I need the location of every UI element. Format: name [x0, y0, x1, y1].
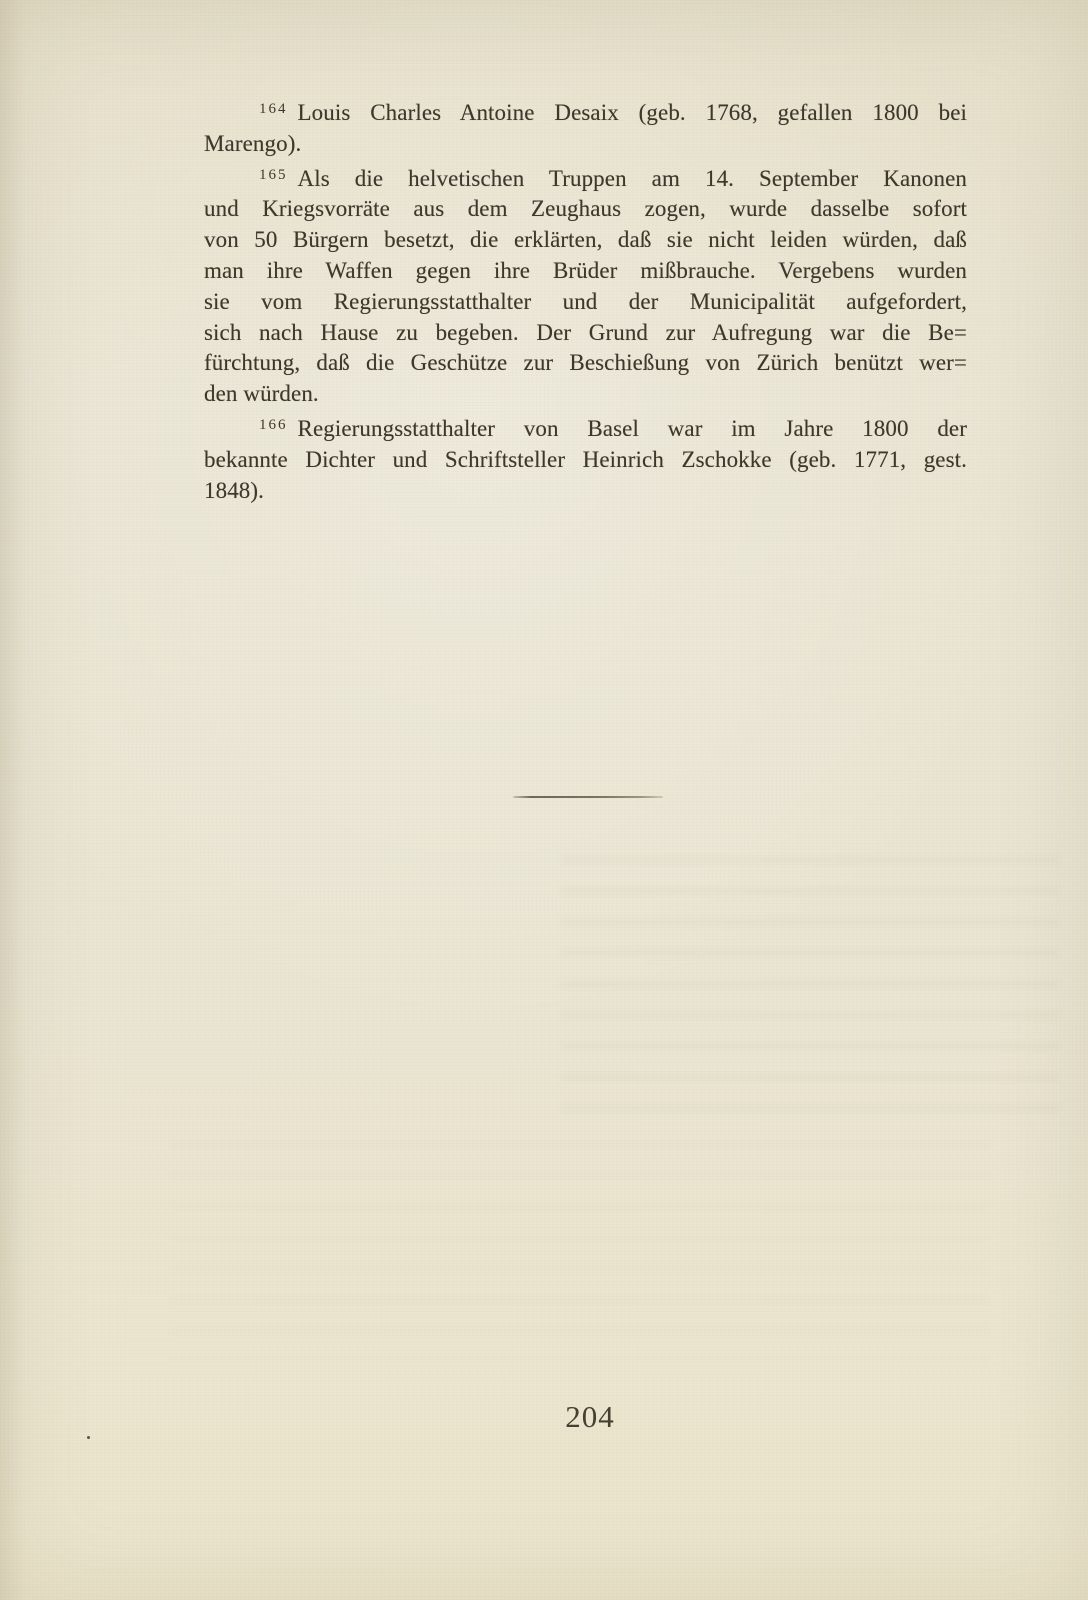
text-line: 164Louis Charles Antoine Desaix (geb. 17… — [204, 94, 967, 129]
footnote-marker: 166 — [259, 417, 288, 433]
footnote-165: 165Als die helvetischen Truppen am 14. S… — [204, 160, 967, 410]
text-line-content: Louis Charles Antoine Desaix (geb. 1768,… — [298, 100, 968, 125]
text-line-content: Regierungsstatthalter von Basel war im J… — [298, 416, 968, 441]
text-line: Marengo). — [204, 129, 967, 160]
section-divider-rule — [513, 796, 663, 798]
text-line: fürchtung, daß die Geschütze zur Beschie… — [204, 348, 967, 379]
text-line: von 50 Bürgern besetzt, die erklärten, d… — [204, 225, 967, 256]
text-line: bekannte Dichter und Schriftsteller Hein… — [204, 445, 967, 476]
footnote-marker: 164 — [259, 101, 288, 117]
footnotes-block: 164Louis Charles Antoine Desaix (geb. 17… — [204, 94, 967, 506]
text-line-content: Als die helvetischen Truppen am 14. Sept… — [298, 166, 968, 191]
text-line: 1848). — [204, 476, 967, 507]
text-line: sich nach Hause zu begeben. Der Grund zu… — [204, 318, 967, 349]
text-line: 165Als die helvetischen Truppen am 14. S… — [204, 160, 967, 195]
text-line: und Kriegsvorräte aus dem Zeughaus zogen… — [204, 194, 967, 225]
page-number: 204 — [540, 1399, 640, 1435]
footnote-marker: 165 — [259, 167, 288, 183]
text-line: sie vom Regierungsstatthalter und der Mu… — [204, 287, 967, 318]
paper-speck — [87, 1436, 90, 1439]
footnote-164: 164Louis Charles Antoine Desaix (geb. 17… — [204, 94, 967, 160]
footnote-166: 166Regierungsstatthalter von Basel war i… — [204, 410, 967, 506]
bleed-through-ghost — [170, 1140, 990, 1360]
text-line: den würden. — [204, 379, 967, 410]
bleed-through-ghost — [560, 855, 1060, 1115]
text-line: man ihre Waffen gegen ihre Brüder mißbra… — [204, 256, 967, 287]
book-page: 164Louis Charles Antoine Desaix (geb. 17… — [0, 0, 1088, 1600]
text-line: 166Regierungsstatthalter von Basel war i… — [204, 410, 967, 445]
